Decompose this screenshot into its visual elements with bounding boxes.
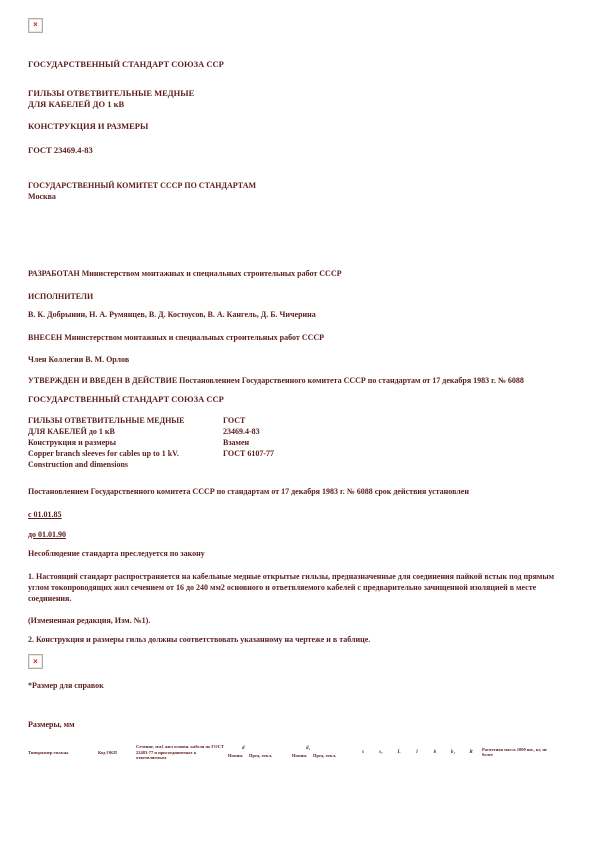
title-block-left: ГИЛЬЗЫ ОТВЕТВИТЕЛЬНЫЕ МЕДНЫЕ ДЛЯ КАБЕЛЕЙ… <box>28 415 207 470</box>
vertical-spacer <box>28 202 569 268</box>
col-d-deviation: Пред. откл. <box>249 753 272 759</box>
title-block-en-1: Copper branch sleeves for cables up to 1… <box>28 449 179 458</box>
title-block-ru-1: ГИЛЬЗЫ ОТВЕТВИТЕЛЬНЫЕ МЕДНЫЕ <box>28 416 185 425</box>
reference-footnote: *Размер для справок <box>28 680 569 691</box>
committee-block: ГОСУДАРСТВЕННЫЙ КОМИТЕТ СССР ПО СТАНДАРТ… <box>28 180 569 202</box>
amendment-note: (Измененная редакция, Изм. №1). <box>28 615 569 626</box>
title-line-2: ДЛЯ КАБЕЛЕЙ ДО 1 кВ <box>28 99 124 109</box>
dimensions-table-header: Типоразмер гильзы Код ОКП Сечение, мм2 ж… <box>28 744 569 761</box>
executors-names: В. К. Добрынин, Н. А. Румянцев, В. Д. Ко… <box>28 309 569 320</box>
law-notice: Несоблюдение стандарта преследуется по з… <box>28 548 569 559</box>
broken-image-icon-drawing: × <box>28 654 43 669</box>
col-section: Сечение, мм2 жил основн. кабеля по ГОСТ … <box>136 744 228 761</box>
col-d-label: d <box>242 746 288 752</box>
validity-to: до 01.01.90 <box>28 529 569 540</box>
col-dim-s1: s₁ <box>374 750 392 756</box>
col-d1-nominal: Номин. <box>292 753 307 759</box>
submitted-by: ВНЕСЕН Министерством монтажных и специал… <box>28 332 569 343</box>
executors-label: ИСПОЛНИТЕЛИ <box>28 291 569 302</box>
col-d-nominal: Номин. <box>228 753 243 759</box>
col-dim-s: s <box>356 750 374 756</box>
state-standard-heading-2: ГОСУДАРСТВЕННЫЙ СТАНДАРТ СОЮЗА ССР <box>28 394 569 405</box>
title-block-right: ГОСТ 23469.4-83 Взамен ГОСТ 6107-77 <box>223 415 274 470</box>
validity-intro: Постановлением Государственного комитета… <box>28 486 569 497</box>
col-dim-R: R <box>464 750 482 756</box>
col-typesize: Типоразмер гильзы <box>28 750 98 756</box>
col-d1-deviation: Пред. откл. <box>313 753 336 759</box>
title-block-en-2: Construction and dimensions <box>28 460 128 469</box>
developed-by: РАЗРАБОТАН Министерством монтажных и спе… <box>28 268 569 279</box>
dimensions-label: Размеры, мм <box>28 719 569 730</box>
col-d1-label: d₁ <box>306 746 352 752</box>
board-member: Член Коллегии В. М. Орлов <box>28 354 569 365</box>
replaces-gost: ГОСТ 6107-77 <box>223 449 274 458</box>
clause-2: 2. Конструкция и размеры гильз должны со… <box>28 634 569 645</box>
title-block-ru-2: ДЛЯ КАБЕЛЕЙ до 1 кВ <box>28 427 115 436</box>
replaces-label: Взамен <box>223 438 249 447</box>
state-standard-heading: ГОСУДАРСТВЕННЫЙ СТАНДАРТ СОЮЗА ССР <box>28 59 569 70</box>
col-d-group: d Номин. Пред. откл. <box>228 746 292 758</box>
col-okp-code: Код ОКП <box>98 750 136 756</box>
title-block-ru-3: Конструкция и размеры <box>28 438 116 447</box>
gost-num: 23469.4-83 <box>223 427 260 436</box>
title-block: ГИЛЬЗЫ ОТВЕТВИТЕЛЬНЫЕ МЕДНЫЕ ДЛЯ КАБЕЛЕЙ… <box>28 415 569 470</box>
broken-image-icon-top: × <box>28 18 43 33</box>
document-subtitle: КОНСТРУКЦИЯ И РАЗМЕРЫ <box>28 121 569 132</box>
clause-1: 1. Настоящий стандарт распространяется н… <box>28 571 569 604</box>
col-dim-b: b <box>428 750 446 756</box>
broken-image-x-icon-2: × <box>33 658 38 666</box>
document-page: × ГОСУДАРСТВЕННЫЙ СТАНДАРТ СОЮЗА ССР ГИЛ… <box>0 0 595 842</box>
committee-name: ГОСУДАРСТВЕННЫЙ КОМИТЕТ СССР ПО СТАНДАРТ… <box>28 181 256 190</box>
validity-from: с 01.01.85 <box>28 509 569 520</box>
approved-statement: УТВЕРЖДЕН И ВВЕДЕН В ДЕЙСТВИЕ Постановле… <box>28 375 569 386</box>
col-mass: Расчетная масса 1000 шт., кг, не более <box>482 747 554 758</box>
title-line-1: ГИЛЬЗЫ ОТВЕТВИТЕЛЬНЫЕ МЕДНЫЕ <box>28 88 194 98</box>
col-dim-l: l <box>410 750 428 756</box>
col-dim-b1: b₁ <box>446 750 464 756</box>
gost-label: ГОСТ <box>223 416 245 425</box>
committee-city: Москва <box>28 192 56 201</box>
document-title: ГИЛЬЗЫ ОТВЕТВИТЕЛЬНЫЕ МЕДНЫЕ ДЛЯ КАБЕЛЕЙ… <box>28 88 569 110</box>
col-dim-L: L <box>392 750 410 756</box>
broken-image-x-icon: × <box>33 21 38 29</box>
col-d1-group: d₁ Номин. Пред. откл. <box>292 746 356 758</box>
gost-number: ГОСТ 23469.4-83 <box>28 145 569 156</box>
